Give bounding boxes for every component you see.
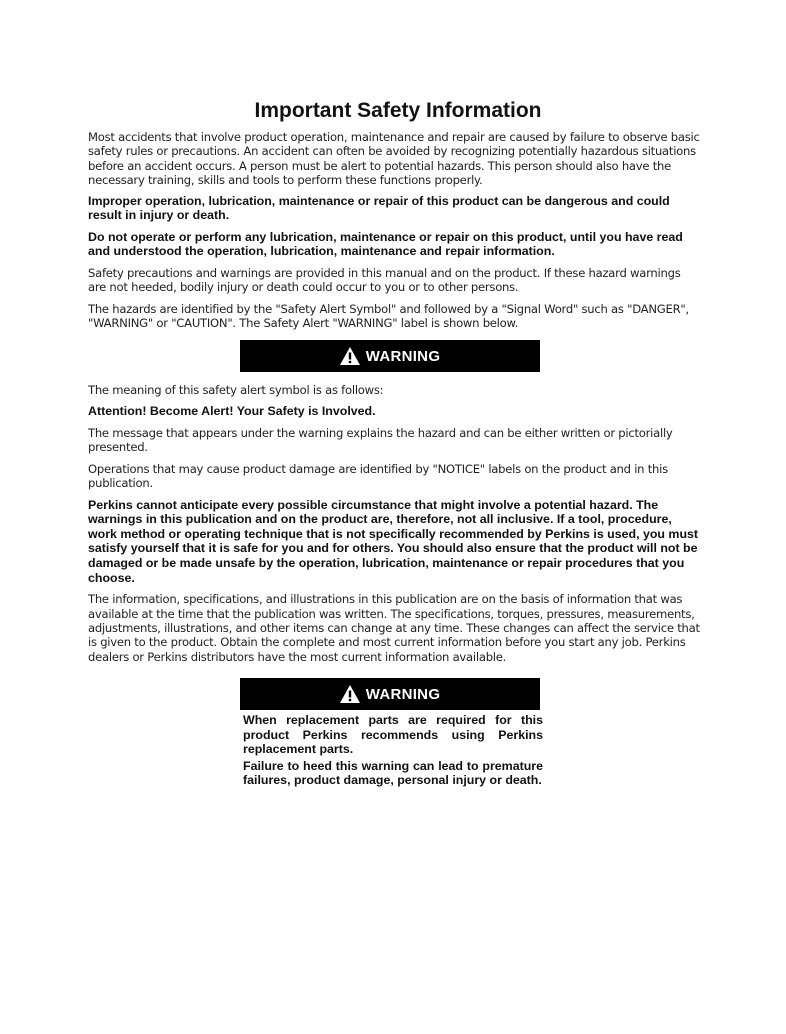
hazards-identified-paragraph: The hazards are identified by the "Safet… xyxy=(88,302,700,331)
improper-operation-warning: Improper operation, lubrication, mainten… xyxy=(88,194,700,223)
attention-statement: Attention! Become Alert! Your Safety is … xyxy=(88,404,700,419)
information-basis-paragraph: The information, specifications, and ill… xyxy=(88,592,700,664)
warning-triangle-icon xyxy=(340,685,360,703)
safety-precautions-paragraph: Safety precautions and warnings are prov… xyxy=(88,266,700,295)
warning-banner-1: WARNING xyxy=(240,340,540,372)
do-not-operate-warning: Do not operate or perform any lubricatio… xyxy=(88,230,700,259)
page-title: Important Safety Information xyxy=(88,98,700,124)
safety-document: Important Safety Information Most accide… xyxy=(88,98,700,338)
warning-label: WARNING xyxy=(366,686,441,703)
warning-triangle-icon xyxy=(340,347,360,365)
failure-to-heed-warning: Failure to heed this warning can lead to… xyxy=(243,759,543,788)
safety-document-continued: The meaning of this safety alert symbol … xyxy=(88,383,700,671)
warning-2-body: When replacement parts are required for … xyxy=(243,713,543,790)
warning-banner-2: WARNING xyxy=(240,678,540,710)
perkins-disclaimer-paragraph: Perkins cannot anticipate every possible… xyxy=(88,498,700,586)
warning-message-paragraph: The message that appears under the warni… xyxy=(88,426,700,455)
alert-symbol-meaning-paragraph: The meaning of this safety alert symbol … xyxy=(88,383,700,397)
warning-label: WARNING xyxy=(366,348,441,365)
intro-paragraph: Most accidents that involve product oper… xyxy=(88,130,700,188)
notice-labels-paragraph: Operations that may cause product damage… xyxy=(88,462,700,491)
replacement-parts-warning: When replacement parts are required for … xyxy=(243,713,543,757)
